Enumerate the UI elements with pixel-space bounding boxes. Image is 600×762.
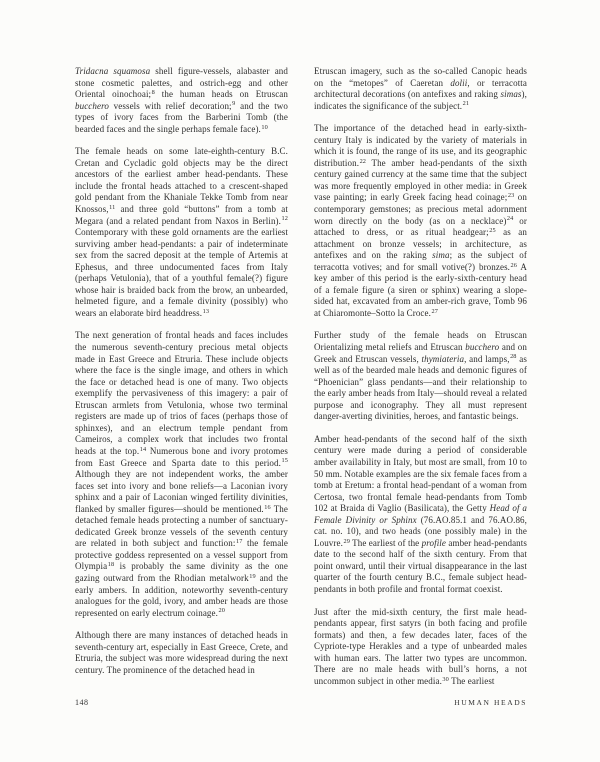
- footnote-ref: 20: [218, 607, 225, 614]
- text-run: simas: [501, 89, 522, 99]
- text-run: profile: [422, 538, 446, 548]
- text-run: The next generation of frontal heads and…: [75, 330, 288, 455]
- book-page: Tridacna squamosa shell figure-vessels, …: [0, 0, 600, 762]
- footnote-ref: 11: [109, 204, 115, 211]
- footnote-ref: 15: [282, 457, 289, 464]
- text-run: sima: [432, 250, 449, 260]
- footnote-ref: 13: [203, 308, 210, 315]
- footnote-ref: 18: [108, 561, 115, 568]
- text-run: Just after the mid-sixth century, the fi…: [314, 607, 527, 686]
- text-run: bucchero: [465, 342, 499, 352]
- text-run: The earliest: [449, 676, 495, 686]
- text-run: Contemporary with these gold ornaments a…: [75, 227, 288, 318]
- footnote-ref: 19: [249, 573, 256, 580]
- paragraph: Further study of the female heads on Etr…: [314, 330, 527, 422]
- text-block: Tridacna squamosa shell figure-vessels, …: [75, 66, 527, 698]
- footnote-ref: 14: [140, 446, 147, 453]
- footnote-ref: 24: [507, 215, 514, 222]
- text-run: bucchero: [75, 101, 109, 111]
- footnote-ref: 25: [489, 227, 496, 234]
- text-run: Tridacna squamosa: [75, 66, 150, 76]
- paragraph: Amber head-pendants of the second half o…: [314, 434, 527, 596]
- text-run: , and lamps,: [464, 354, 509, 364]
- paragraph: Although there are many instances of det…: [75, 630, 288, 676]
- footnote-ref: 22: [360, 158, 367, 165]
- footnote-ref: 29: [343, 538, 350, 545]
- text-run: vessels with relief decoration;: [109, 101, 232, 111]
- footnote-ref: 16: [264, 504, 271, 511]
- paragraph: Just after the mid-sixth century, the fi…: [314, 607, 527, 688]
- paragraph: Etruscan imagery, such as the so-called …: [314, 66, 527, 112]
- footnote-ref: 9: [232, 100, 235, 107]
- footnote-ref: 23: [508, 192, 515, 199]
- paragraph: The importance of the detached head in e…: [314, 123, 527, 319]
- text-run: Amber head-pendants of the second half o…: [314, 434, 527, 513]
- running-head: HUMAN HEADS: [454, 698, 527, 707]
- footnote-ref: 28: [510, 353, 517, 360]
- footnote-ref: 8: [152, 89, 155, 96]
- page-footer: 148 HUMAN HEADS: [75, 698, 527, 707]
- paragraph: The next generation of frontal heads and…: [75, 330, 288, 619]
- paragraph: Tridacna squamosa shell figure-vessels, …: [75, 66, 288, 135]
- text-run: Although they are not independent works,…: [75, 469, 288, 514]
- text-run: the human heads on Etruscan: [155, 89, 288, 99]
- footnote-ref: 30: [442, 676, 449, 683]
- text-column-right: Etruscan imagery, such as the so-called …: [314, 66, 527, 698]
- footnote-ref: 21: [463, 100, 470, 107]
- text-run: dolii: [450, 78, 467, 88]
- text-run: The earliest of the: [350, 538, 422, 548]
- page-number: 148: [75, 698, 89, 707]
- footnote-ref: 27: [431, 308, 438, 315]
- footnote-ref: 26: [511, 262, 518, 269]
- footnote-ref: 17: [236, 538, 243, 545]
- paragraph: The female heads on some late-eighth-cen…: [75, 146, 288, 319]
- footnote-ref: 10: [261, 124, 268, 131]
- text-run: Although there are many instances of det…: [75, 630, 288, 675]
- text-run: thymiateria: [422, 354, 465, 364]
- footnote-ref: 12: [282, 215, 289, 222]
- text-column-left: Tridacna squamosa shell figure-vessels, …: [75, 66, 288, 698]
